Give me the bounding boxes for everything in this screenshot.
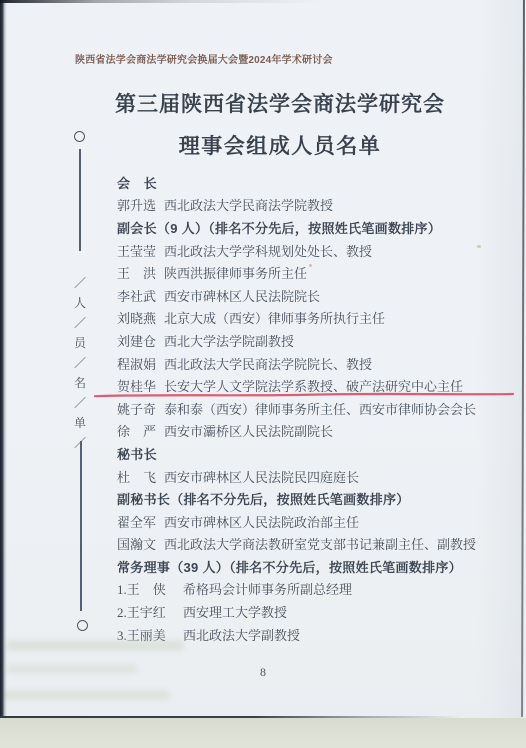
scan-speck <box>477 245 481 248</box>
side-label-char: 单 <box>74 416 86 436</box>
member-name: 郭升选 <box>117 195 164 214</box>
side-label-char: 名 <box>74 376 86 396</box>
side-label-char: ／ <box>74 356 86 376</box>
section-heading-text: 秘书长 <box>117 444 157 463</box>
section-heading-standing-directors: 常务理事（39 人）（排名不分先后，按照姓氏笔画数排序） <box>117 555 519 578</box>
show-through-artifact <box>6 664 138 674</box>
side-label-char: ／ <box>74 316 86 336</box>
section-heading-vice-presidents: 副会长（9 人）（排名不分先后，按照姓氏笔画数排序） <box>117 216 519 239</box>
member-name: 王莹莹 <box>117 241 164 260</box>
member-name: 姚子奇 <box>117 399 164 418</box>
show-through-artifact <box>2 690 170 700</box>
member-row: 2.王宇红 西安理工大学教授 <box>117 600 519 623</box>
member-row: 李社武 西安市碑林区人民法院院长 <box>117 284 519 307</box>
member-title: 西北政法大学民商法学院院长、教授 <box>164 354 372 373</box>
member-title: 希格玛会计师事务所副总经理 <box>183 579 352 598</box>
member-title: 北京大成（西安）律师事务所执行主任 <box>164 308 385 327</box>
member-title: 西北政法大学副教授 <box>183 625 300 644</box>
section-heading-text: 副秘书长（排名不分先后，按照姓氏笔画数排序） <box>117 489 410 508</box>
member-name: 1.王 侠 <box>117 579 183 598</box>
member-name: 2.王宇红 <box>117 602 183 621</box>
side-label-char: 员 <box>74 336 86 356</box>
member-row: 杜 飞 西安市碑林区人民法院民四庭庭长 <box>117 465 519 488</box>
member-row: 刘建仓 西北大学法学院副教授 <box>117 329 519 352</box>
running-header: 陕西省法学会商法学研究会换届大会暨2024年学术研讨会 <box>75 51 333 66</box>
member-row: 翟全军 西安市碑林区人民法院政治部主任 <box>117 510 519 533</box>
member-title: 西安理工大学教授 <box>183 602 287 621</box>
binding-circle-icon <box>74 131 85 142</box>
scan-edge-top <box>0 0 320 3</box>
member-title: 泰和泰（西安）律师事务所主任、西安市律师协会会长 <box>164 399 476 418</box>
title-line-1: 第三届陕西省法学会商法学研究会 <box>58 92 502 117</box>
section-heading-secretary-general: 秘书长 <box>117 442 519 465</box>
member-row: 程淑娟 西北政法大学民商法学院院长、教授 <box>117 352 519 375</box>
member-name: 王 洪 <box>117 263 164 282</box>
member-name: 程淑娟 <box>117 354 164 373</box>
member-name: 翟全军 <box>117 512 164 531</box>
member-title: 西安市碑林区人民法院民四庭庭长 <box>164 467 359 486</box>
scan-edge-left <box>0 0 7 719</box>
member-name: 刘晓燕 <box>117 308 164 327</box>
binding-circle-icon <box>77 620 88 631</box>
member-title: 西安市碑林区人民法院院长 <box>164 286 320 305</box>
member-row: 王莹莹 西北政法大学学科规划处处长、教授 <box>117 239 519 262</box>
member-name: 杜 飞 <box>117 467 164 486</box>
document-title: 第三届陕西省法学会商法学研究会 理事会组成人员名单 <box>58 92 502 159</box>
title-line-2: 理事会组成人员名单 <box>58 134 502 159</box>
member-row: 国瀚文 西北政法大学商法教研室党支部书记兼副主任、副教授 <box>117 533 519 556</box>
member-row: 姚子奇 泰和泰（西安）律师事务所主任、西安市律师协会会长 <box>117 397 519 420</box>
member-name: 国瀚文 <box>117 534 164 553</box>
scan-speck <box>309 264 312 267</box>
member-name: 刘建仓 <box>117 331 164 350</box>
margin-rule-upper <box>79 149 81 251</box>
member-row: 刘晓燕 北京大成（西安）律师事务所执行主任 <box>117 307 519 330</box>
scanned-document-page: { "doc": { "running_header": "陕西省法学会商法学研… <box>0 0 526 748</box>
member-title: 陕西洪振律师事务所主任 <box>164 263 307 282</box>
member-name: 李社武 <box>117 286 164 305</box>
member-title: 长安大学人文学院法学系教授、破产法研究中心主任 <box>164 376 463 395</box>
show-through-artifact <box>6 640 184 651</box>
member-row: 郭升选 西北政法大学民商法学院教授 <box>117 194 519 217</box>
member-row: 1.王 侠 希格玛会计师事务所副总经理 <box>117 578 519 601</box>
section-heading-text: 会 长 <box>117 173 157 192</box>
margin-rule-lower <box>80 441 82 611</box>
member-name: 徐 严 <box>117 421 164 440</box>
member-name: 贺桂华 <box>117 376 164 395</box>
member-row: 徐 严 西安市灞桥区人民法院副院长 <box>117 420 519 443</box>
side-vertical-label: ／ 人 ／ 员 ／ 名 ／ 单 ／ <box>71 276 89 456</box>
section-heading-text: 常务理事（39 人）（排名不分先后，按照姓氏笔画数排序） <box>117 557 462 576</box>
scanner-background <box>0 718 526 748</box>
section-heading-deputy-secretaries: 副秘书长（排名不分先后，按照姓氏笔画数排序） <box>117 487 519 510</box>
section-heading-president: 会 长 <box>117 171 519 194</box>
member-title: 西北大学法学院副教授 <box>164 331 294 350</box>
member-title: 西北政法大学学科规划处处长、教授 <box>164 241 372 260</box>
side-label-char: ／ <box>74 396 86 416</box>
member-row-highlighted: 贺桂华 长安大学人文学院法学系教授、破产法研究中心主任 <box>117 374 519 397</box>
side-label-char: 人 <box>74 296 86 316</box>
member-row: 王 洪 陕西洪振律师事务所主任 <box>117 261 519 284</box>
member-title: 西北政法大学商法教研室党支部书记兼副主任、副教授 <box>164 534 476 553</box>
member-title: 西安市灞桥区人民法院副院长 <box>164 421 333 440</box>
member-title: 西北政法大学民商法学院教授 <box>164 195 333 214</box>
section-heading-text: 副会长（9 人）（排名不分先后，按照姓氏笔画数排序） <box>117 218 441 237</box>
side-label-char: ／ <box>74 276 86 296</box>
member-title: 西安市碑林区人民法院政治部主任 <box>164 512 359 531</box>
member-list: 会 长 郭升选 西北政法大学民商法学院教授 副会长（9 人）（排名不分先后，按照… <box>117 171 519 645</box>
